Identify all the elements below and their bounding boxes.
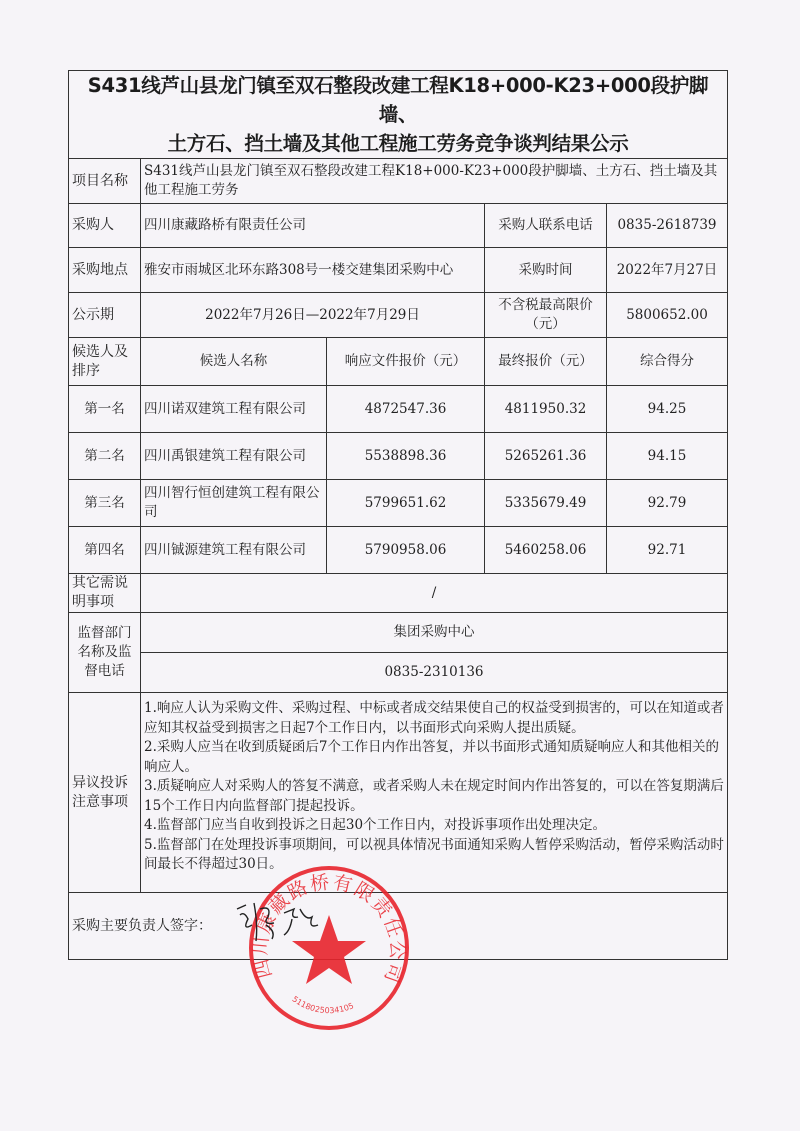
- notice-period-value: 2022年7月26日—2022年7月29日: [141, 293, 485, 338]
- table-row: 第四名 四川铖源建筑工程有限公司 5790958.06 5460258.06 9…: [69, 527, 728, 574]
- company-seal-icon: 四川康藏路桥有限责任公司 5118025034105: [246, 865, 412, 1031]
- other-matters-label: 其它需说明事项: [69, 574, 141, 613]
- objection-notes: 1.响应人认为采购文件、采购过程、中标或者成交结果使自己的权益受到损害的，可以在…: [141, 693, 728, 893]
- handwritten-signature: [232, 895, 332, 945]
- score: 94.15: [607, 433, 728, 480]
- rank: 第四名: [69, 527, 141, 574]
- max-price-value: 5800652.00: [607, 293, 728, 338]
- location-label: 采购地点: [69, 248, 141, 293]
- objection-label: 异议投诉注意事项: [69, 693, 141, 893]
- table-row: 第三名 四川智行恒创建筑工程有限公司 5799651.62 5335679.49…: [69, 480, 728, 527]
- location-value: 雅安市雨城区北环东路308号一楼交建集团采购中心: [141, 248, 485, 293]
- project-name-value: S431线芦山县龙门镇至双石整段改建工程K18+000-K23+000段护脚墙、…: [141, 159, 728, 204]
- objection-item: 5.监督部门在处理投诉事项期间，可以视具体情况书面通知采购人暂停采购活动，暂停采…: [144, 836, 724, 875]
- purchaser-label: 采购人: [69, 204, 141, 248]
- signature-label: 采购主要负责人签字：: [72, 918, 212, 934]
- purchase-time-value: 2022年7月27日: [607, 248, 728, 293]
- purchaser-phone-label: 采购人联系电话: [485, 204, 607, 248]
- objection-item: 4.监督部门应当自收到投诉之日起30个工作日内，对投诉事项作出处理决定。: [144, 816, 724, 836]
- candidates-header-row: 候选人及排序 候选人名称 响应文件报价（元） 最终报价（元） 综合得分: [69, 338, 728, 386]
- table-row: 第二名 四川禹银建筑工程有限公司 5538898.36 5265261.36 9…: [69, 433, 728, 480]
- objection-item: 2.采购人应当在收到质疑函后7个工作日内作出答复，并以书面形式通知质疑响应人和其…: [144, 738, 724, 777]
- response-price: 5790958.06: [327, 527, 485, 574]
- svg-text:5118025034105: 5118025034105: [290, 995, 355, 1016]
- table-row: 第一名 四川诺双建筑工程有限公司 4872547.36 4811950.32 9…: [69, 386, 728, 433]
- response-price: 4872547.36: [327, 386, 485, 433]
- other-matters-value: /: [141, 574, 728, 613]
- final-price: 5460258.06: [485, 527, 607, 574]
- notice-table: S431线芦山县龙门镇至双石整段改建工程K18+000-K23+000段护脚墙、…: [68, 70, 728, 960]
- purchaser-phone-value: 0835-2618739: [607, 204, 728, 248]
- header-response-price: 响应文件报价（元）: [327, 338, 485, 386]
- candidate-name: 四川诺双建筑工程有限公司: [141, 386, 327, 433]
- rank: 第三名: [69, 480, 141, 527]
- header-rank: 候选人及排序: [69, 338, 141, 386]
- candidate-name: 四川禹银建筑工程有限公司: [141, 433, 327, 480]
- final-price: 5335679.49: [485, 480, 607, 527]
- result-notice-document: S431线芦山县龙门镇至双石整段改建工程K18+000-K23+000段护脚墙、…: [68, 70, 727, 960]
- score: 92.79: [607, 480, 728, 527]
- purchase-time-label: 采购时间: [485, 248, 607, 293]
- candidate-name: 四川智行恒创建筑工程有限公司: [141, 480, 327, 527]
- max-price-label: 不含税最高限价（元）: [485, 293, 607, 338]
- supervision-dept: 集团采购中心: [141, 613, 728, 653]
- notice-period-label: 公示期: [69, 293, 141, 338]
- response-price: 5799651.62: [327, 480, 485, 527]
- objection-item: 1.响应人认为采购文件、采购过程、中标或者成交结果使自己的权益受到损害的，可以在…: [144, 699, 724, 738]
- candidate-name: 四川铖源建筑工程有限公司: [141, 527, 327, 574]
- project-name-label: 项目名称: [69, 159, 141, 204]
- header-score: 综合得分: [607, 338, 728, 386]
- final-price: 5265261.36: [485, 433, 607, 480]
- rank: 第二名: [69, 433, 141, 480]
- header-final-price: 最终报价（元）: [485, 338, 607, 386]
- title-line-1: S431线芦山县龙门镇至双石整段改建工程K18+000-K23+000段护脚墙、: [72, 71, 724, 129]
- supervision-phone: 0835-2310136: [141, 653, 728, 693]
- title-line-2: 土方石、挡土墙及其他工程施工劳务竞争谈判结果公示: [72, 129, 724, 158]
- response-price: 5538898.36: [327, 433, 485, 480]
- score: 94.25: [607, 386, 728, 433]
- document-title: S431线芦山县龙门镇至双石整段改建工程K18+000-K23+000段护脚墙、…: [69, 71, 728, 159]
- header-candidate-name: 候选人名称: [141, 338, 327, 386]
- score: 92.71: [607, 527, 728, 574]
- final-price: 4811950.32: [485, 386, 607, 433]
- rank: 第一名: [69, 386, 141, 433]
- purchaser-value: 四川康藏路桥有限责任公司: [141, 204, 485, 248]
- objection-item: 3.质疑响应人对采购人的答复不满意，或者采购人未在规定时间内作出答复的，可以在答…: [144, 777, 724, 816]
- supervision-label: 监督部门名称及监督电话: [69, 613, 141, 693]
